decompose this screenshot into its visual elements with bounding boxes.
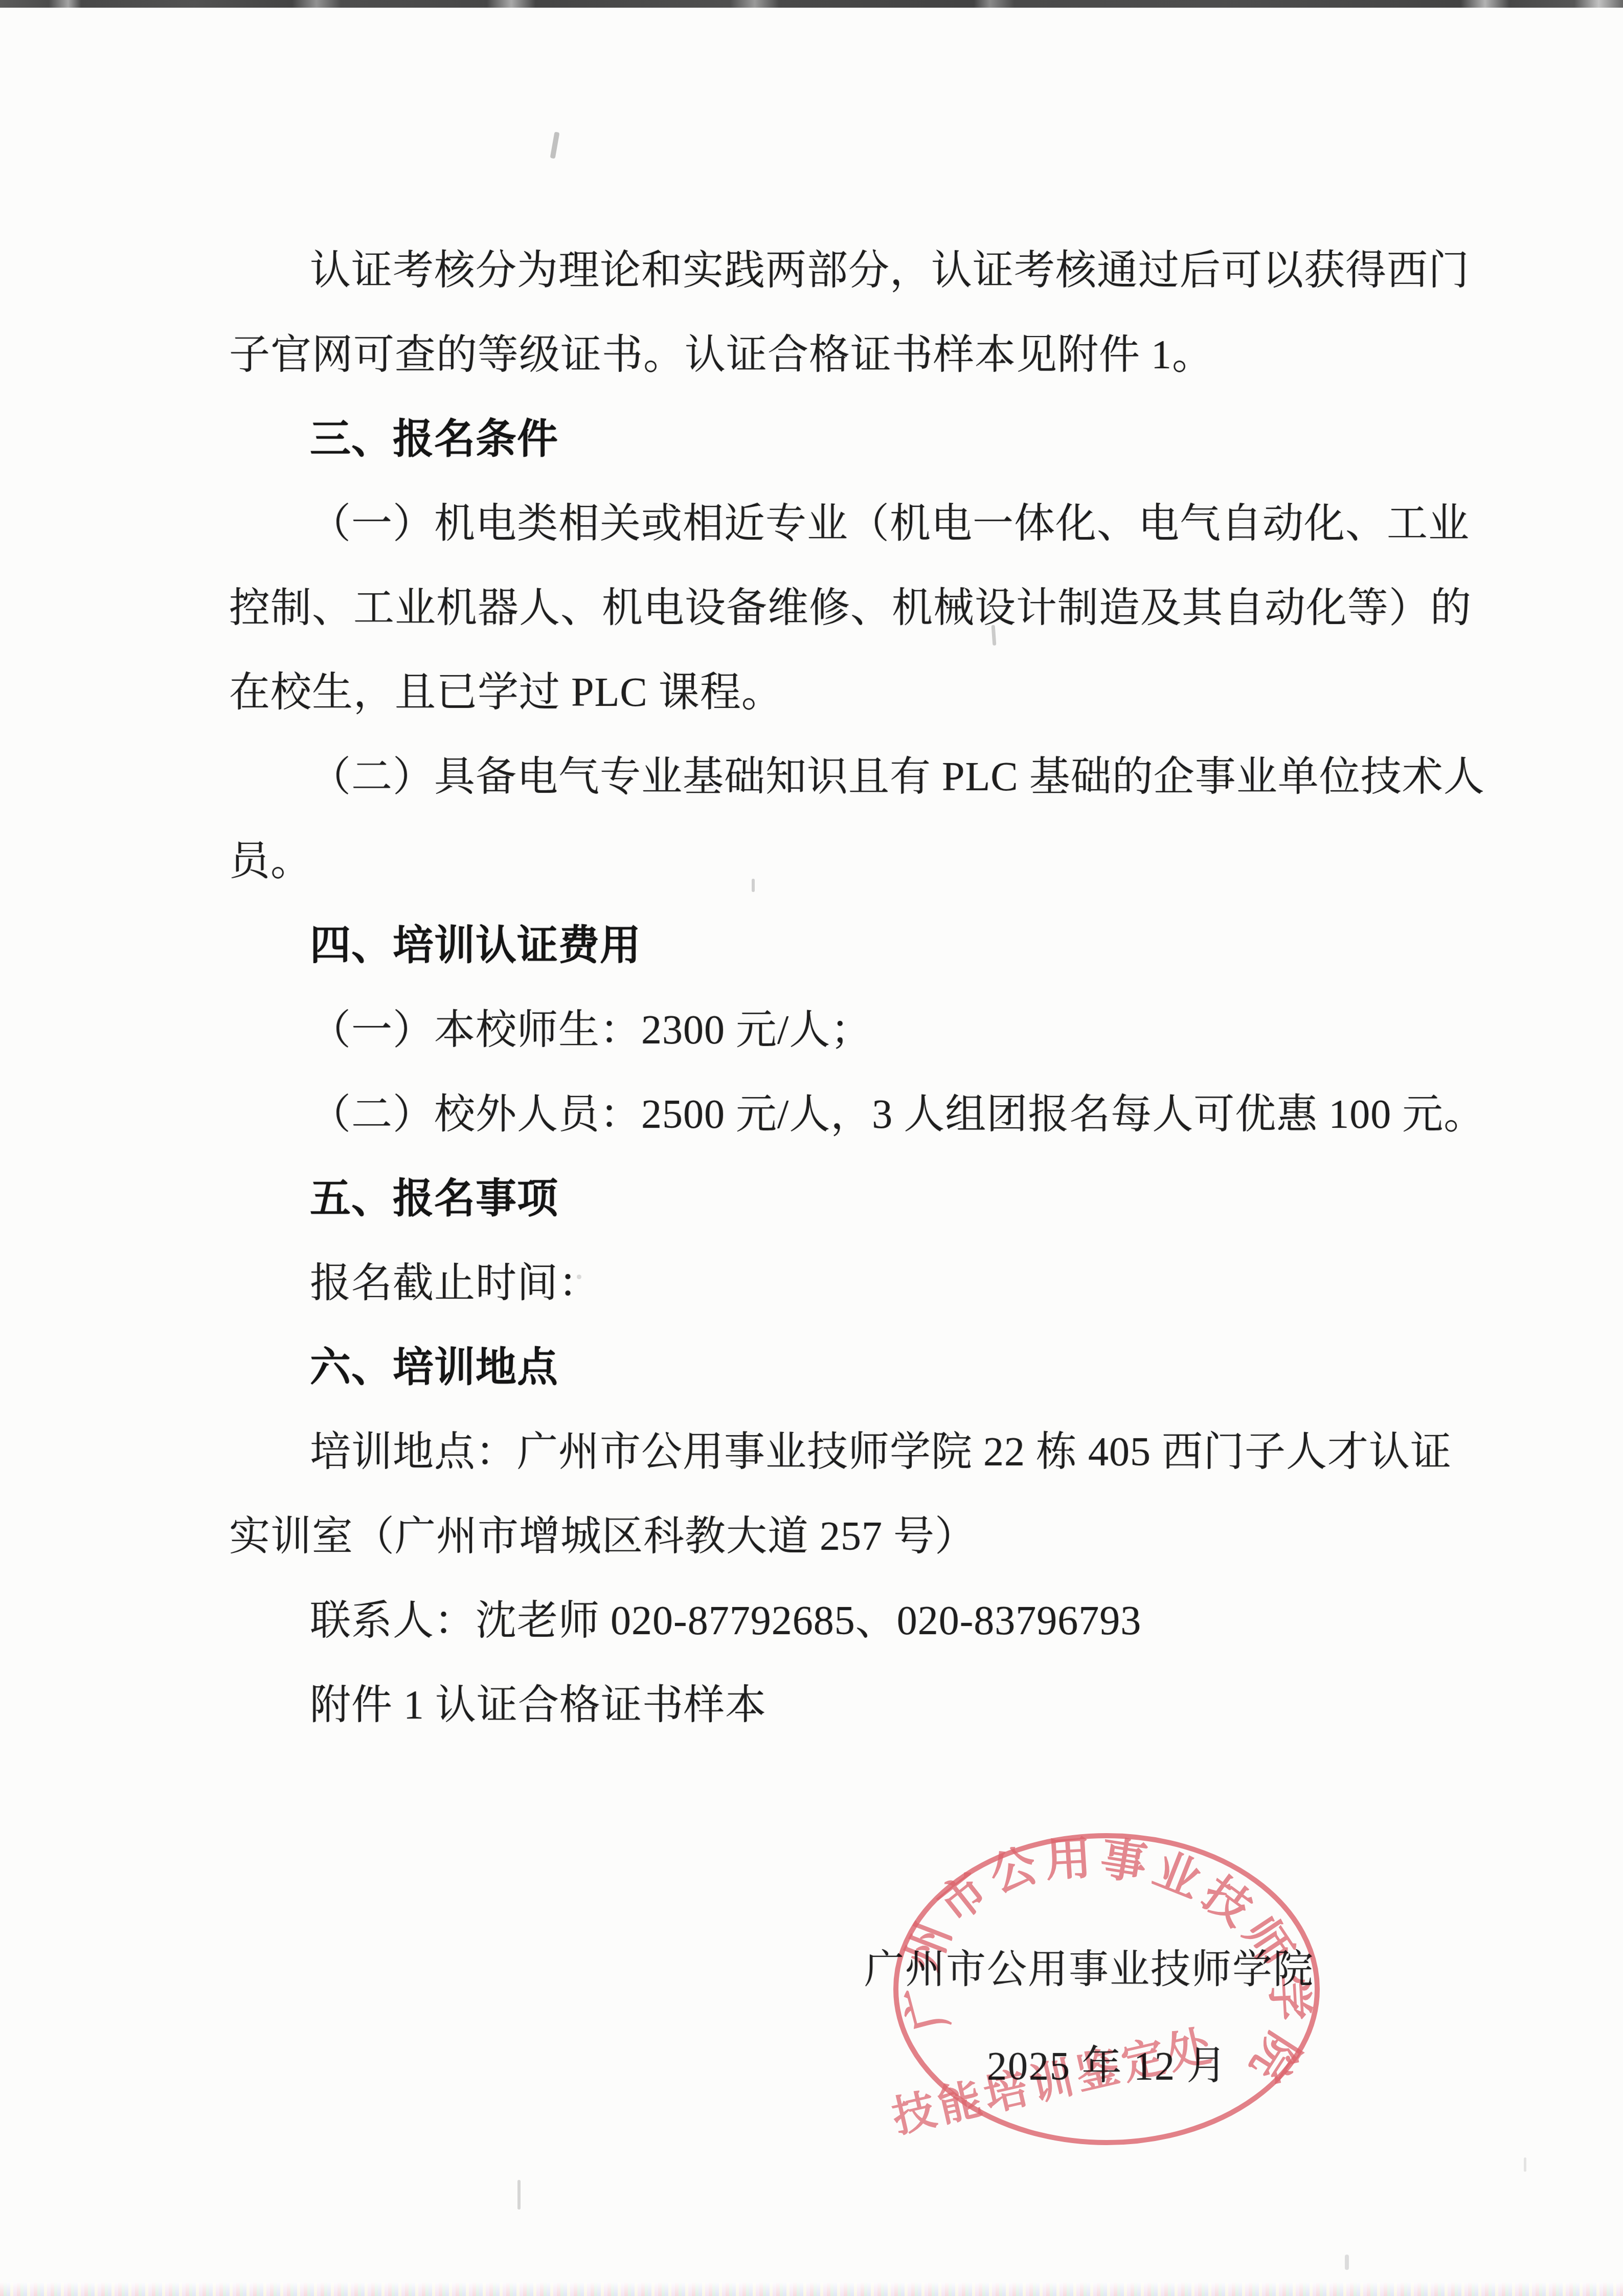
text-line: 报名截止时间： <box>229 1237 1472 1321</box>
official-seal-stamp: 广州市公用事业技师学院 技能培训鉴定处 <box>881 1822 1333 2157</box>
text-line: （一）机电类相关或相近专业（机电一体化、电气自动化、工业 <box>229 477 1472 562</box>
section-heading-3: 三、报名条件 <box>229 393 1472 477</box>
text-line: 子官网可查的等级证书。认证合格证书样本见附件 1。 <box>229 308 1472 393</box>
text-line: 员。 <box>229 815 1472 899</box>
scan-artifact-top-band <box>0 0 1623 8</box>
text-line: 认证考核分为理论和实践两部分，认证考核通过后可以获得西门 <box>229 224 1472 308</box>
text-line: 培训地点：广州市公用事业技师学院 22 栋 405 西门子人才认证 <box>229 1406 1472 1490</box>
text-line: 在校生，且已学过 PLC 课程。 <box>229 646 1472 730</box>
scan-speck <box>1345 2255 1349 2270</box>
section-heading-6: 六、培训地点 <box>229 1321 1472 1406</box>
scan-speck <box>1524 2157 1526 2172</box>
section-heading-5: 五、报名事项 <box>229 1152 1472 1237</box>
scan-speck <box>517 2180 521 2210</box>
text-line: （二）具备电气专业基础知识且有 PLC 基础的企事业单位技术人 <box>229 730 1472 815</box>
attachment-line: 附件 1 认证合格证书样本 <box>229 1659 1472 1743</box>
scan-speck <box>550 132 560 159</box>
section-heading-4: 四、培训认证费用 <box>229 899 1472 984</box>
contact-line: 联系人：沈老师 020-87792685、020-83796793 <box>229 1574 1472 1659</box>
text-line: 控制、工业机器人、机电设备维修、机械设计制造及其自动化等）的 <box>229 562 1472 646</box>
document-body: 认证考核分为理论和实践两部分，认证考核通过后可以获得西门 子官网可查的等级证书。… <box>229 224 1472 1743</box>
text-line: 实训室（广州市增城区科教大道 257 号） <box>229 1490 1472 1574</box>
scan-artifact-bottom-band <box>0 2283 1623 2296</box>
text-line: （一）本校师生：2300 元/人； <box>229 984 1472 1068</box>
text-line: （二）校外人员：2500 元/人，3 人组团报名每人可优惠 100 元。 <box>229 1068 1472 1152</box>
scanned-notice-page: 认证考核分为理论和实践两部分，认证考核通过后可以获得西门 子官网可查的等级证书。… <box>0 0 1623 2296</box>
